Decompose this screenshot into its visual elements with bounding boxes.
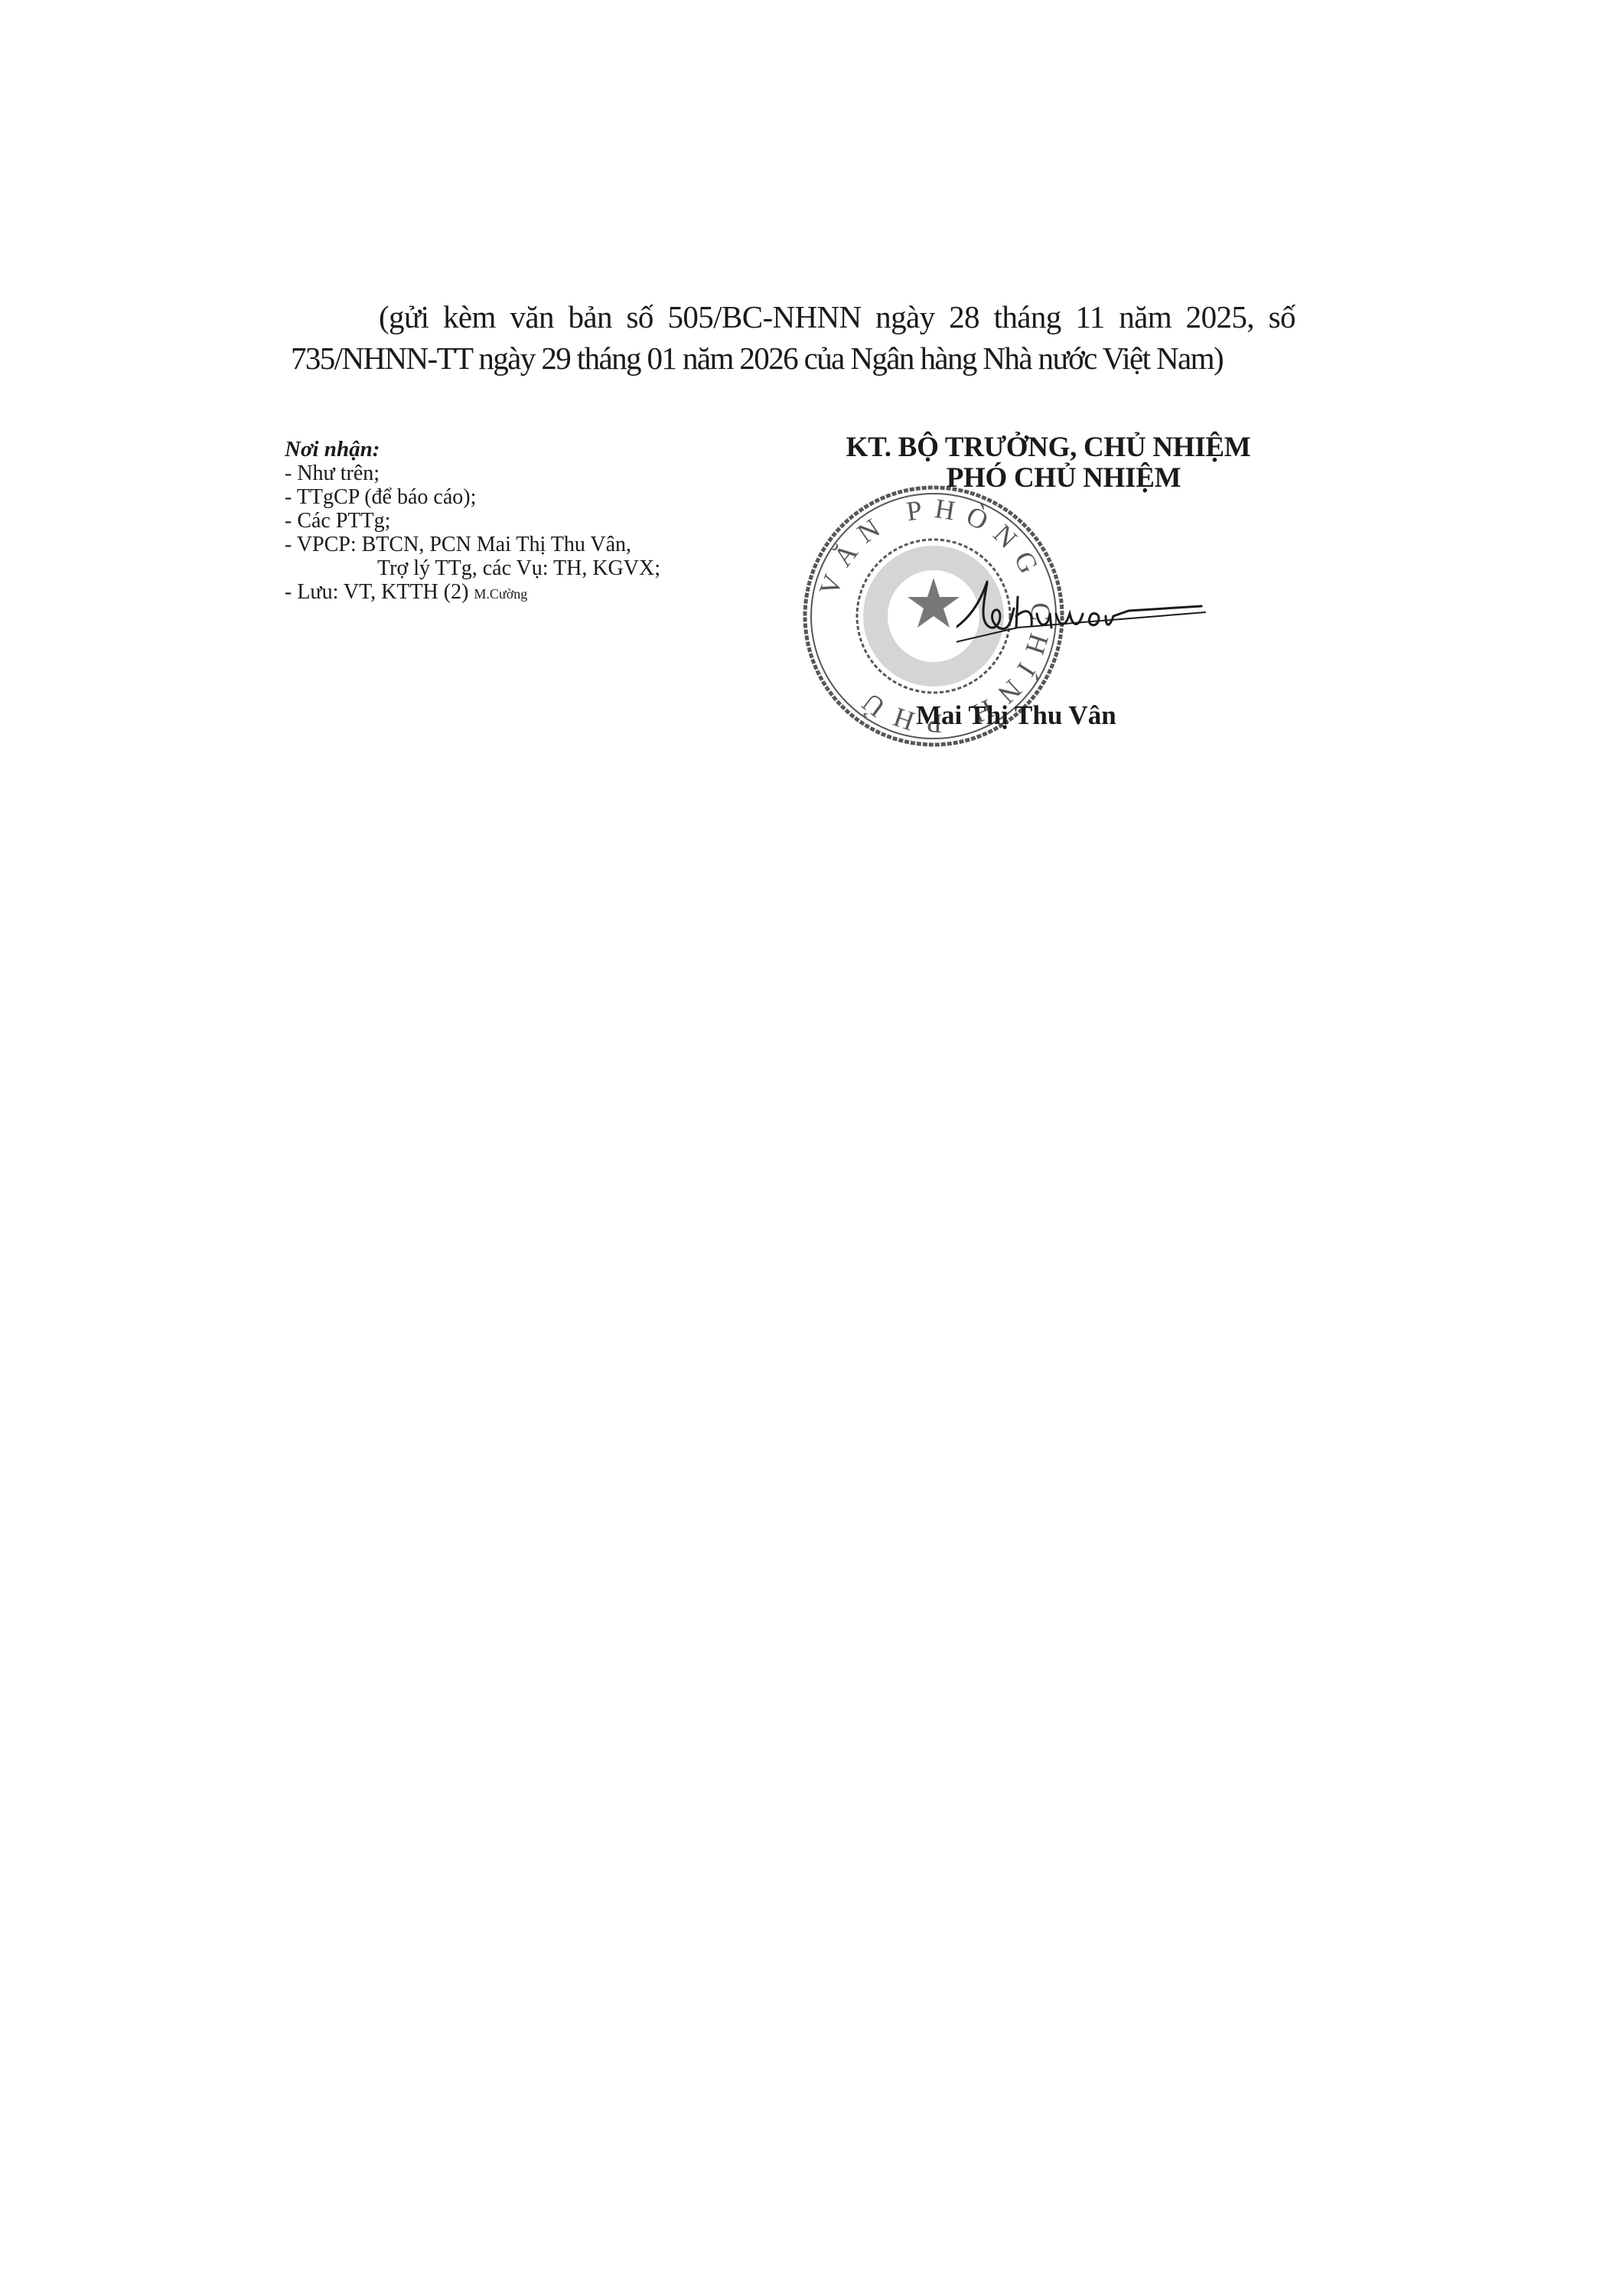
recipient-item-archive: - Lưu: VT, KTTH (2) M.Cường xyxy=(285,580,774,606)
archive-label: - Lưu: VT, KTTH (2) xyxy=(285,580,468,604)
signer-title-line-2: PHÓ CHỦ NHIỆM xyxy=(811,463,1316,494)
attachment-note-line-1: (gửi kèm văn bản số 505/BC-NHNN ngày 28 … xyxy=(379,298,1488,335)
recipients-block: Nơi nhận: - Như trên; - TTgCP (để báo cá… xyxy=(285,438,774,606)
signer-name: Mai Thị Thu Vân xyxy=(916,700,1116,731)
recipient-item: Trợ lý TTg, các Vụ: TH, KGVX; xyxy=(285,556,774,580)
recipient-item: - TTgCP (để báo cáo); xyxy=(285,485,774,509)
recipients-heading: Nơi nhận: xyxy=(285,438,774,461)
recipient-item: - VPCP: BTCN, PCN Mai Thị Thu Vân, xyxy=(285,533,774,556)
attachment-note-line-2: 735/NHNN-TT ngày 29 tháng 01 năm 2026 củ… xyxy=(291,340,1400,377)
handwritten-signature-icon xyxy=(957,574,1209,658)
signer-block: KT. BỘ TRƯỞNG, CHỦ NHIỆM PHÓ CHỦ NHIỆM xyxy=(781,432,1316,494)
drafter-initials: M.Cường xyxy=(474,586,527,602)
signer-title-line-1: KT. BỘ TRƯỞNG, CHỦ NHIỆM xyxy=(846,432,1251,463)
recipient-item: - Các PTTg; xyxy=(285,509,774,533)
recipient-item: - Như trên; xyxy=(285,461,774,485)
